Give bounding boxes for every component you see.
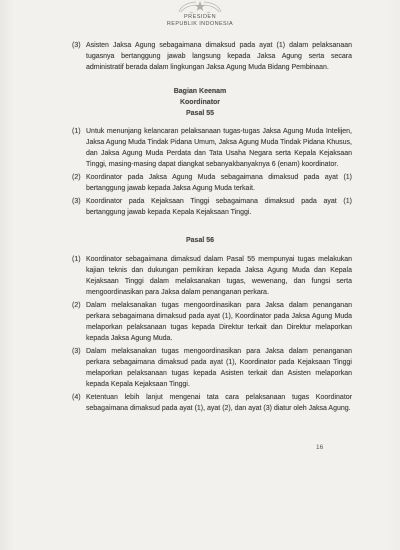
item-number: (2) [72,300,86,344]
item-text: Asisten Jaksa Agung sebagaimana dimaksud… [86,40,352,73]
list-item: (3) Koordinator pada Kejaksaan Tinggi se… [72,196,352,218]
list-item: (1) Untuk menunjang kelancaran pelaksana… [72,126,352,170]
item-text: Koordinator pada Kejaksaan Tinggi sebaga… [86,196,352,218]
list-item: (2) Dalam melaksanakan tugas mengoordina… [72,300,352,344]
item-number: (3) [72,40,86,73]
section-subheading: Koordinator [48,97,352,108]
item-number: (4) [72,392,86,414]
letterhead: PRESIDEN REPUBLIK INDONESIA [0,0,400,27]
garuda-emblem-icon [176,0,224,13]
pasal55-list: (1) Untuk menunjang kelancaran pelaksana… [72,126,352,218]
list-item: (4) Ketentuan lebih lanjut mengenai tata… [72,392,352,414]
pasal56-list: (1) Koordinator sebagaimana dimaksud dal… [72,254,352,414]
letterhead-presiden: PRESIDEN [0,14,400,20]
list-item-carryover: (3) Asisten Jaksa Agung sebagaimana dima… [72,40,352,73]
document-body: (3) Asisten Jaksa Agung sebagaimana dima… [72,40,352,416]
article-heading-pasal56: Pasal 56 [48,235,352,246]
item-text: Dalam melaksanakan tugas mengoordinasika… [86,300,352,344]
item-text: Koordinator sebagaimana dimaksud dalam P… [86,254,352,298]
section-heading: Bagian Keenam [48,86,352,97]
item-number: (3) [72,346,86,390]
item-number: (1) [72,126,86,170]
item-number: (3) [72,196,86,218]
page-number: 16 [316,444,323,451]
list-item: (2) Koordinator pada Jaksa Agung Muda se… [72,172,352,194]
document-page: PRESIDEN REPUBLIK INDONESIA (3) Asisten … [0,0,400,550]
item-number: (2) [72,172,86,194]
article-heading-pasal55: Pasal 55 [48,108,352,119]
list-item: (1) Koordinator sebagaimana dimaksud dal… [72,254,352,298]
item-text: Ketentuan lebih lanjut mengenai tata car… [86,392,352,414]
item-text: Dalam melaksanakan tugas mengoordinasika… [86,346,352,390]
item-text: Koordinator pada Jaksa Agung Muda sebaga… [86,172,352,194]
item-number: (1) [72,254,86,298]
list-item: (3) Dalam melaksanakan tugas mengoordina… [72,346,352,390]
letterhead-republik: REPUBLIK INDONESIA [0,21,400,27]
item-text: Untuk menunjang kelancaran pelaksanaan t… [86,126,352,170]
